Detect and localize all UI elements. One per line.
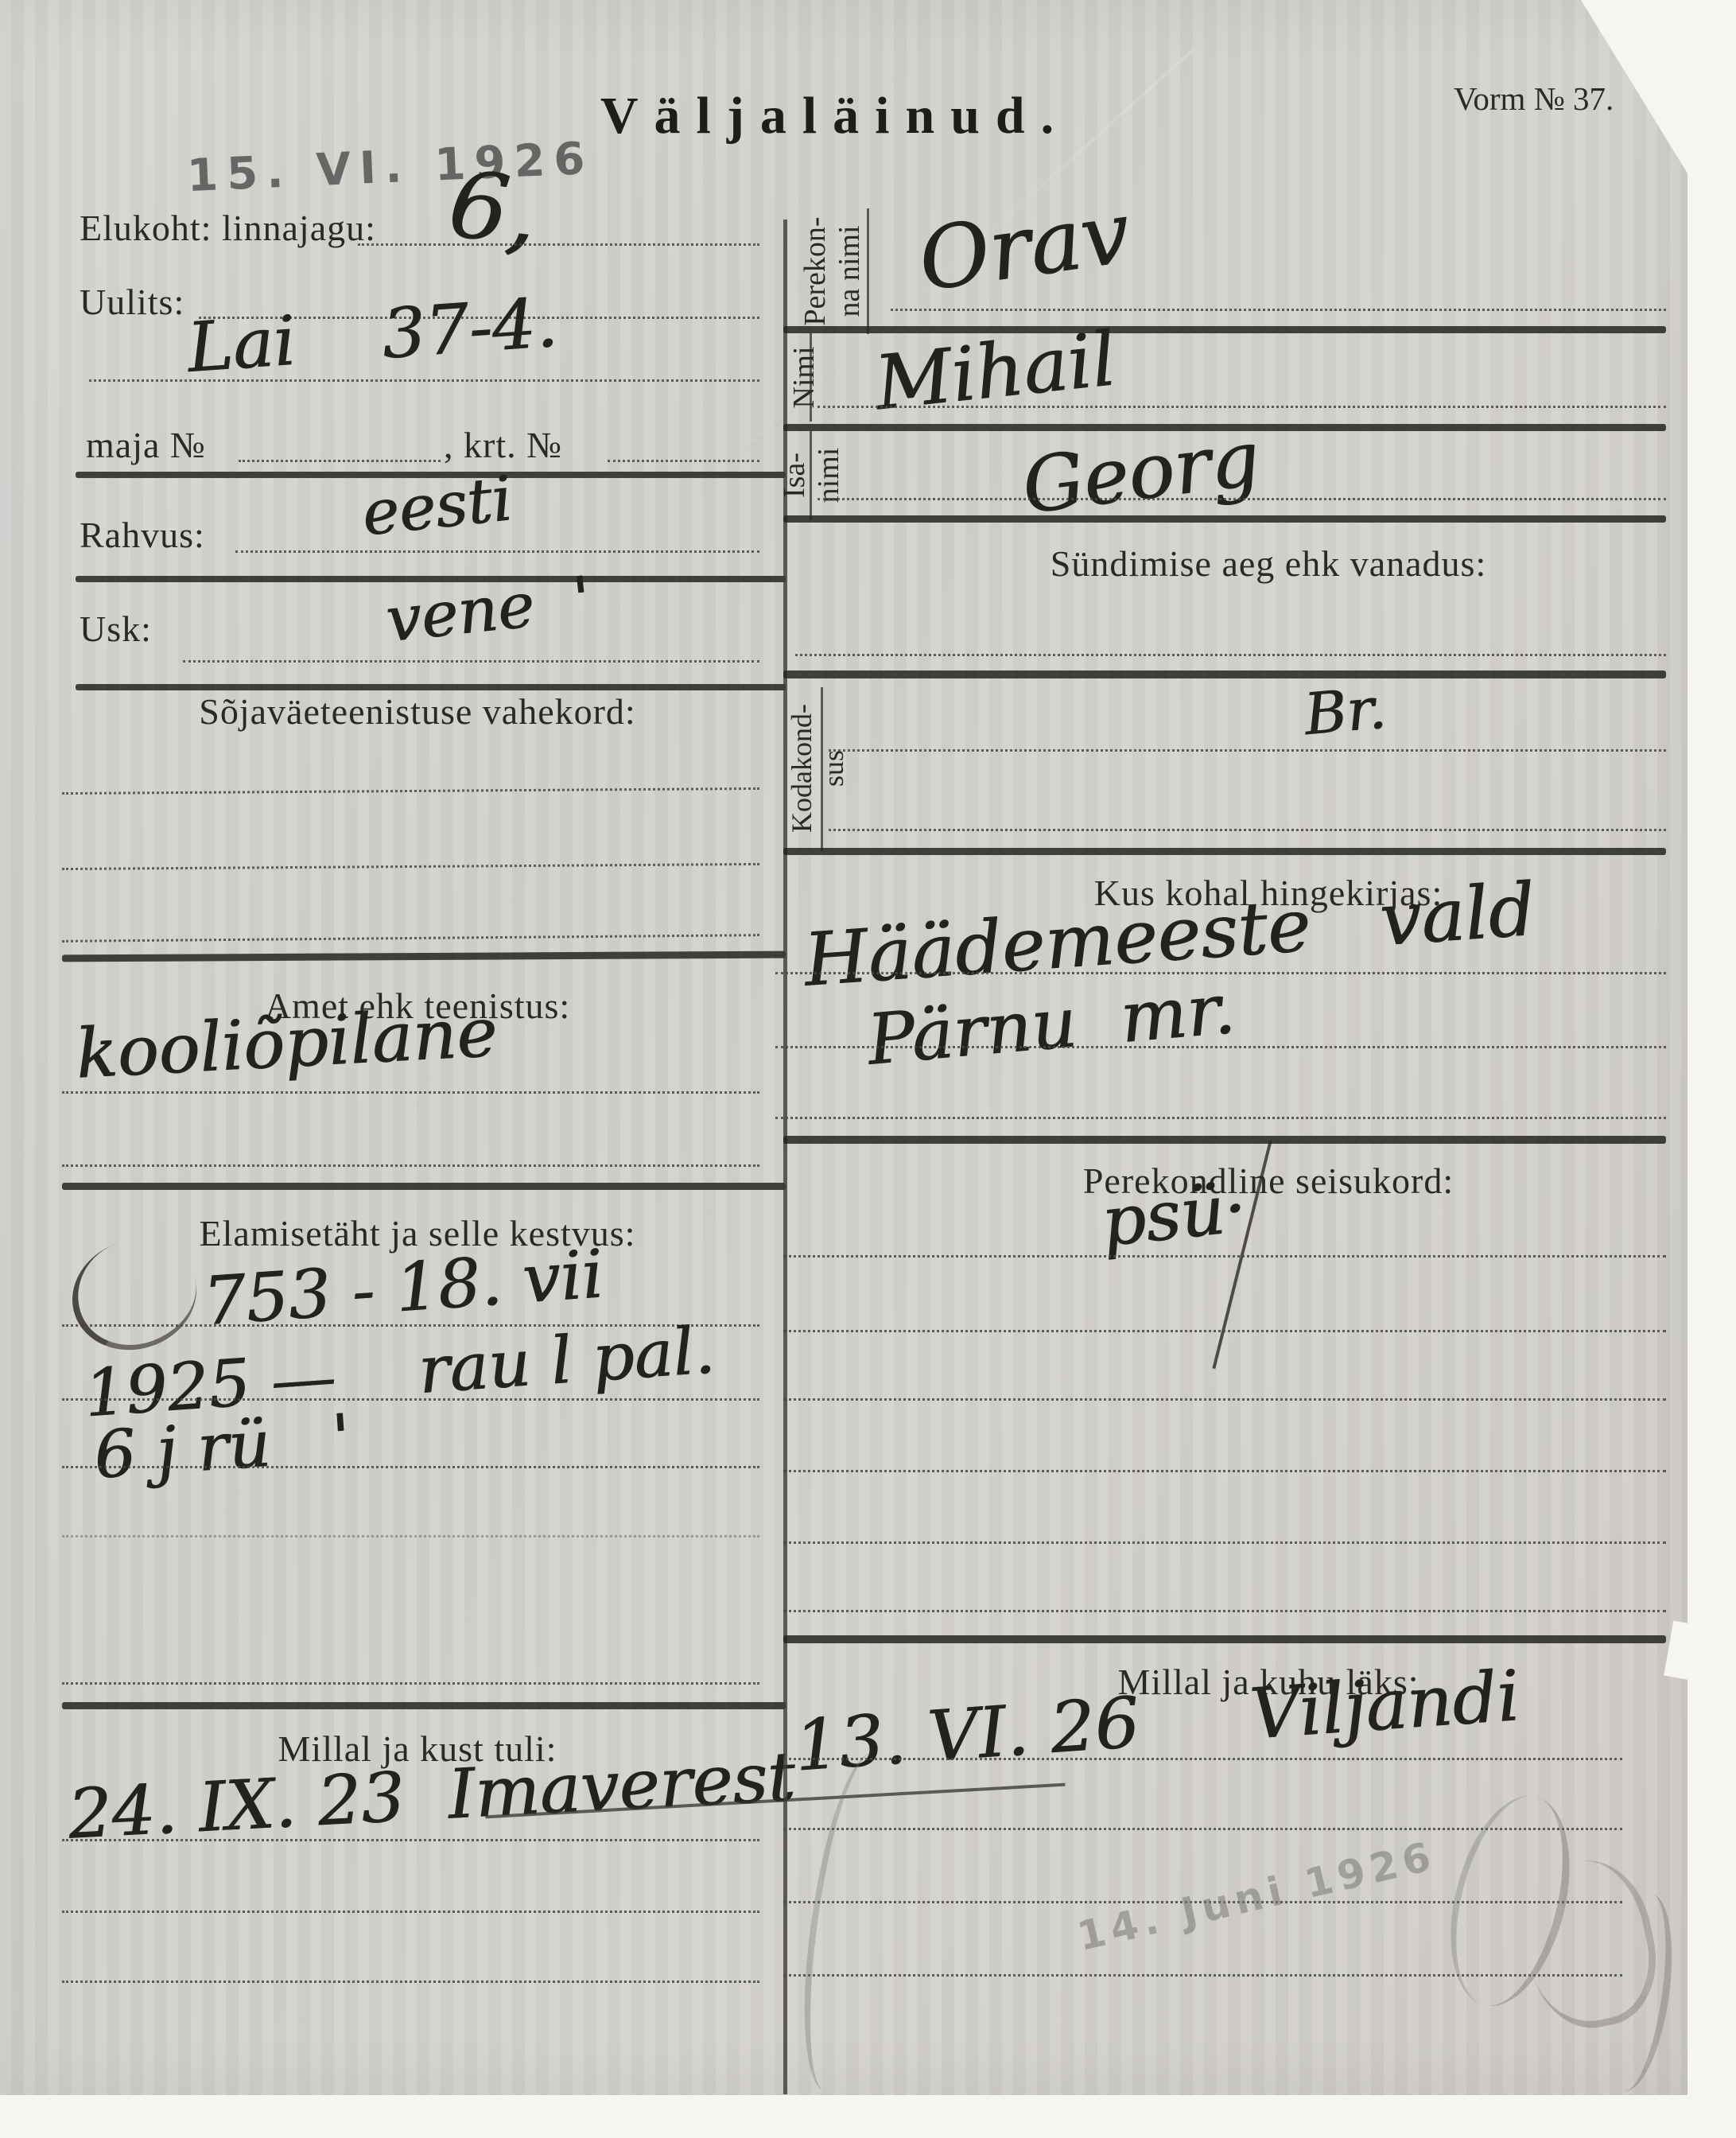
rule — [783, 326, 1666, 333]
dotted-line — [62, 1164, 759, 1167]
dotted-line — [62, 1839, 759, 1841]
dotted-line — [891, 309, 1666, 311]
dotted-line — [829, 829, 1666, 831]
dotted-line — [795, 654, 1666, 656]
rule — [783, 848, 1666, 855]
page-title: Väljaläinud. — [525, 86, 1145, 146]
uulits-label: Uulits: — [80, 281, 184, 323]
rule — [783, 1635, 1666, 1643]
sojavae-label: Sõjaväeteenistuse vahekord: — [76, 690, 759, 733]
label-box-line — [867, 208, 869, 334]
dotted-line — [62, 1682, 759, 1685]
seisukord-value: psü· — [1097, 1168, 1249, 1262]
dotted-line — [62, 1911, 759, 1913]
dotted-line — [818, 498, 1666, 500]
kodakondsus-value: Br. — [1302, 674, 1388, 748]
krt-nr-label: , krt. № — [444, 424, 562, 466]
dotted-line — [818, 406, 1666, 408]
dotted-line — [89, 379, 759, 382]
scanned-form: Väljaläinud. Vorm № 37. 15. VI. 1926 6, … — [0, 0, 1736, 2138]
rahvus-label: Rahvus: — [80, 514, 205, 556]
nimi-label: Nimi — [787, 332, 821, 423]
rule — [783, 671, 1666, 678]
rule — [62, 1183, 786, 1190]
maja-nr-label: maja № — [86, 424, 206, 466]
kodakondsus-label: Kodakond- sus — [786, 687, 850, 849]
usk-label: Usk: — [80, 608, 152, 650]
dotted-line — [783, 1255, 1666, 1258]
rule — [76, 684, 786, 690]
dotted-line — [62, 1981, 759, 1983]
elukoht-label: Elukoht: linnajagu: — [80, 207, 376, 249]
dotted-line — [783, 1541, 1666, 1544]
dotted-line — [235, 550, 759, 553]
dotted-line — [62, 1398, 759, 1401]
dotted-line — [239, 460, 441, 462]
rule — [62, 1702, 786, 1709]
isanimi-label: Isa- nimi — [778, 430, 845, 520]
dotted-line — [783, 1398, 1666, 1401]
dotted-line — [62, 1535, 759, 1537]
seisukord-label: Perekondline seisukord: — [867, 1160, 1670, 1202]
dotted-line — [183, 660, 759, 663]
rule — [783, 1136, 1666, 1144]
dotted-line — [775, 1117, 1666, 1119]
dotted-line — [783, 1330, 1666, 1332]
dotted-line — [783, 1758, 1622, 1760]
dotted-line — [62, 1466, 759, 1468]
dotted-line — [358, 243, 759, 246]
dotted-line — [775, 1046, 1666, 1048]
rule — [783, 515, 1666, 523]
dotted-line — [783, 1470, 1666, 1472]
dotted-line — [829, 749, 1666, 752]
form-number: Vorm № 37. — [1454, 80, 1614, 118]
dotted-line — [783, 1610, 1666, 1612]
dotted-line — [608, 460, 759, 462]
dotted-line — [62, 1091, 759, 1094]
sundimise-label: Sündimise aeg ehk vanadus: — [867, 542, 1670, 585]
perekonnanimi-label: Perekon- na nimi — [798, 204, 866, 338]
handwritten-correction: 6, — [443, 150, 543, 267]
